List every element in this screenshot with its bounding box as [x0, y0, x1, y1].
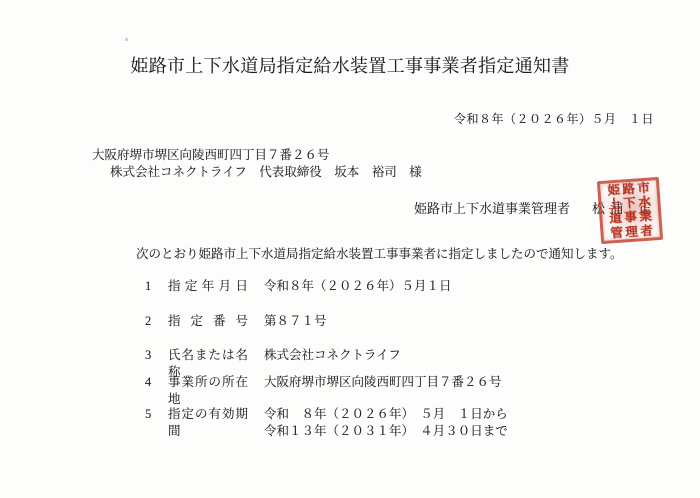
scanned-notification-document: 姫路市上下水道局指定給水装置工事事業者指定通知書 令和８年（２０２６年）５月 １… — [0, 0, 700, 498]
item-value: 大阪府堺市堺区向陵西町四丁目７番２６号 — [264, 375, 502, 389]
item-label: 事業所の所在地 — [168, 374, 248, 408]
item-label: 指定年月日 — [168, 278, 248, 295]
item-label: 指定の有効期間 — [168, 406, 248, 440]
seal-text-row: 管理者 — [607, 224, 655, 240]
recipient-address: 大阪府堺市堺区向陵西町四丁目７番２６号 — [92, 145, 330, 163]
item-row-office-address: 4 事業所の所在地 大阪府堺市堺区向陵西町四丁目７番２６号 — [145, 374, 502, 408]
scan-artifact — [125, 38, 128, 41]
item-row-designation-number: 2 指定番号 第８７１号 — [145, 313, 327, 330]
item-number: 1 — [145, 278, 168, 295]
item-label: 指定番号 — [168, 313, 248, 330]
item-value: 令和８年（２０２６年）５月１日 — [264, 279, 452, 293]
item-number: 2 — [145, 313, 168, 330]
issuer-title: 姫路市上下水道事業管理者 — [414, 198, 570, 217]
item-value: 第８７１号 — [264, 314, 327, 328]
item-value-from: 令和 ８年（２０２６年） ５月 １日から — [264, 406, 508, 423]
item-number: 4 — [145, 374, 168, 408]
recipient-name: 株式会社コネクトライフ 代表取締役 坂本 裕司 様 — [110, 162, 422, 180]
official-seal: 姫路市 上下水 道事業 管理者 — [597, 177, 663, 244]
document-title: 姫路市上下水道局指定給水装置工事事業者指定通知書 — [0, 52, 700, 78]
item-number: 5 — [145, 406, 168, 440]
notification-body: 次のとおり姫路市上下水道局指定給水装置工事事業者に指定しましたので通知します。 — [136, 244, 623, 262]
item-value-until: 令和１３年（２０３１年） ４月３０日まで — [264, 423, 508, 440]
item-row-designation-date: 1 指定年月日 令和８年（２０２６年）５月１日 — [145, 278, 452, 295]
issue-date: 令和８年（２０２６年）５月 １日 — [454, 110, 654, 127]
item-row-validity-period: 5 指定の有効期間 令和 ８年（２０２６年） ５月 １日から 令和１３年（２０３… — [145, 406, 508, 440]
item-value: 株式会社コネクトライフ — [264, 348, 401, 362]
